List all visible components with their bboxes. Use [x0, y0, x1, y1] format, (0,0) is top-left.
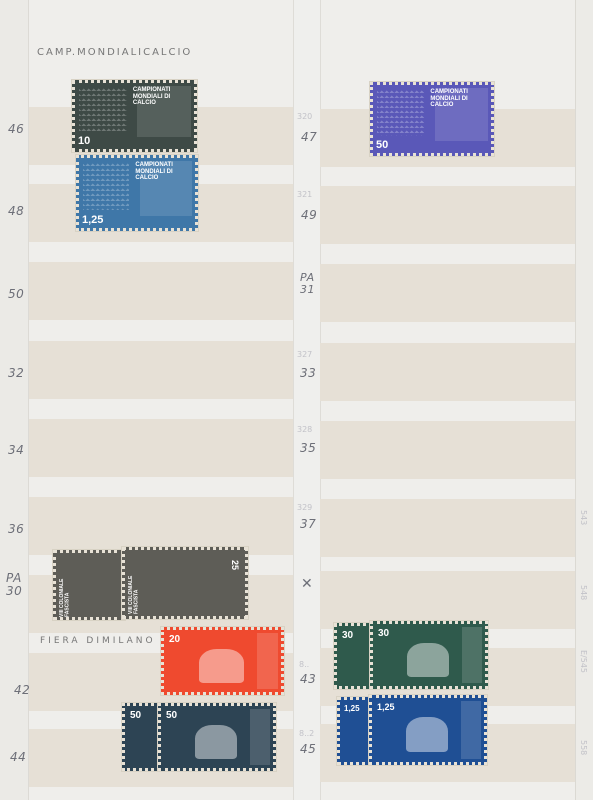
stamp-caption: CAMPIONATI MONDIALI DI CALCIO [135, 162, 191, 182]
stamp-value: 50 [130, 711, 141, 721]
slot-number: PA 30 [6, 572, 22, 598]
slot-number: 45 [300, 742, 316, 756]
stock-strip [320, 421, 575, 479]
stamp-calcio-50c[interactable]: CAMPIONATI MONDIALI DI CALCIO 50 [370, 82, 494, 156]
catalog-number: 329 [297, 503, 312, 512]
catalog-number: 8..2 [299, 729, 314, 738]
slot-number: 42 [14, 683, 30, 697]
heading-fiera-di-milano: FIERA DIMILANO [40, 636, 156, 646]
slot-number: 50 [8, 287, 24, 301]
stamp-value: 1,25 [344, 705, 360, 713]
stamp-caption: VIII COLONIALE FASCISTA [129, 554, 149, 614]
stamp-fiera-50c[interactable]: 50 [158, 703, 276, 771]
stamp-fiera-1-25-left[interactable]: 1,25 [337, 697, 373, 765]
slot-number: 35 [300, 441, 316, 455]
stamp-value: 30 [342, 631, 353, 641]
slot-number: PA 31 [300, 272, 315, 296]
catalog-number: 320 [297, 112, 312, 121]
stock-strip [320, 264, 575, 322]
stock-strip [320, 343, 575, 401]
slot-number: 33 [300, 366, 316, 380]
slot-number: 49 [301, 208, 317, 222]
stamp-value: 50 [166, 711, 177, 721]
slot-number: 48 [8, 204, 24, 218]
heading-camp-mondiali-calcio: CAMP.MONDIALICALCIO [37, 47, 192, 58]
stamp-value: 30 [378, 629, 389, 639]
slot-number: 37 [300, 517, 316, 531]
stamp-volo-25l[interactable]: VIII COLONIALE FASCISTA 25 [122, 547, 248, 619]
left-binding-margin [0, 0, 29, 800]
slot-number: 36 [8, 522, 24, 536]
slot-number: 34 [8, 443, 24, 457]
stamp-caption: CAMPIONATI MONDIALI DI CALCIO [133, 87, 190, 107]
crossed-out-mark: ✕ [301, 576, 313, 592]
edge-number: 548 [579, 585, 588, 600]
stock-strip [320, 499, 575, 557]
slot-number: 46 [8, 122, 24, 136]
right-binding-margin [575, 0, 593, 800]
catalog-number: 328 [297, 425, 312, 434]
stamp-fiera-50c-left[interactable]: 50 [122, 703, 160, 771]
stamp-value: 10 [78, 135, 90, 147]
edge-number: E/545 [579, 650, 588, 673]
stamp-calcio-10c[interactable]: CAMPIONATI MONDIALI DI CALCIO 10 [72, 80, 197, 152]
stamp-caption: CAMPIONATI MONDIALI DI CALCIO [430, 89, 487, 109]
slot-number: 43 [300, 672, 316, 686]
stamp-value: 20 [169, 635, 180, 645]
slot-number: 44 [10, 750, 26, 764]
stamp-value: 1,25 [377, 703, 395, 712]
edge-number: 558 [579, 740, 588, 755]
stamp-value: 1,25 [82, 214, 103, 226]
catalog-number: 321 [297, 190, 312, 199]
stamp-fiera-30c[interactable]: 30 [370, 621, 488, 689]
stamp-volo-pair-left[interactable]: VIII COLONIALE FASCISTA [53, 550, 125, 620]
stamp-calcio-1-25[interactable]: CAMPIONATI MONDIALI DI CALCIO 1,25 [76, 155, 198, 231]
stamp-value: 25 [230, 560, 239, 570]
stamp-caption: VIII COLONIALE FASCISTA [60, 557, 80, 617]
edge-number: 543 [579, 510, 588, 525]
stock-strip [320, 186, 575, 244]
catalog-number: 327 [297, 350, 312, 359]
stamp-fiera-30c-left[interactable]: 30 [334, 623, 372, 689]
stamp-value: 50 [376, 139, 388, 151]
slot-number: 47 [301, 130, 317, 144]
stock-strip [29, 262, 293, 320]
stockbook-page: CAMP.MONDIALICALCIO FIERA DIMILANO 46 48… [0, 0, 593, 800]
stock-strip [29, 419, 293, 477]
catalog-number: 8.. [299, 660, 309, 669]
slot-number: 32 [8, 366, 24, 380]
stamp-fiera-1-25[interactable]: 1,25 [369, 695, 487, 765]
stamp-fiera-20c[interactable]: 20 [161, 627, 284, 695]
stock-strip [29, 341, 293, 399]
